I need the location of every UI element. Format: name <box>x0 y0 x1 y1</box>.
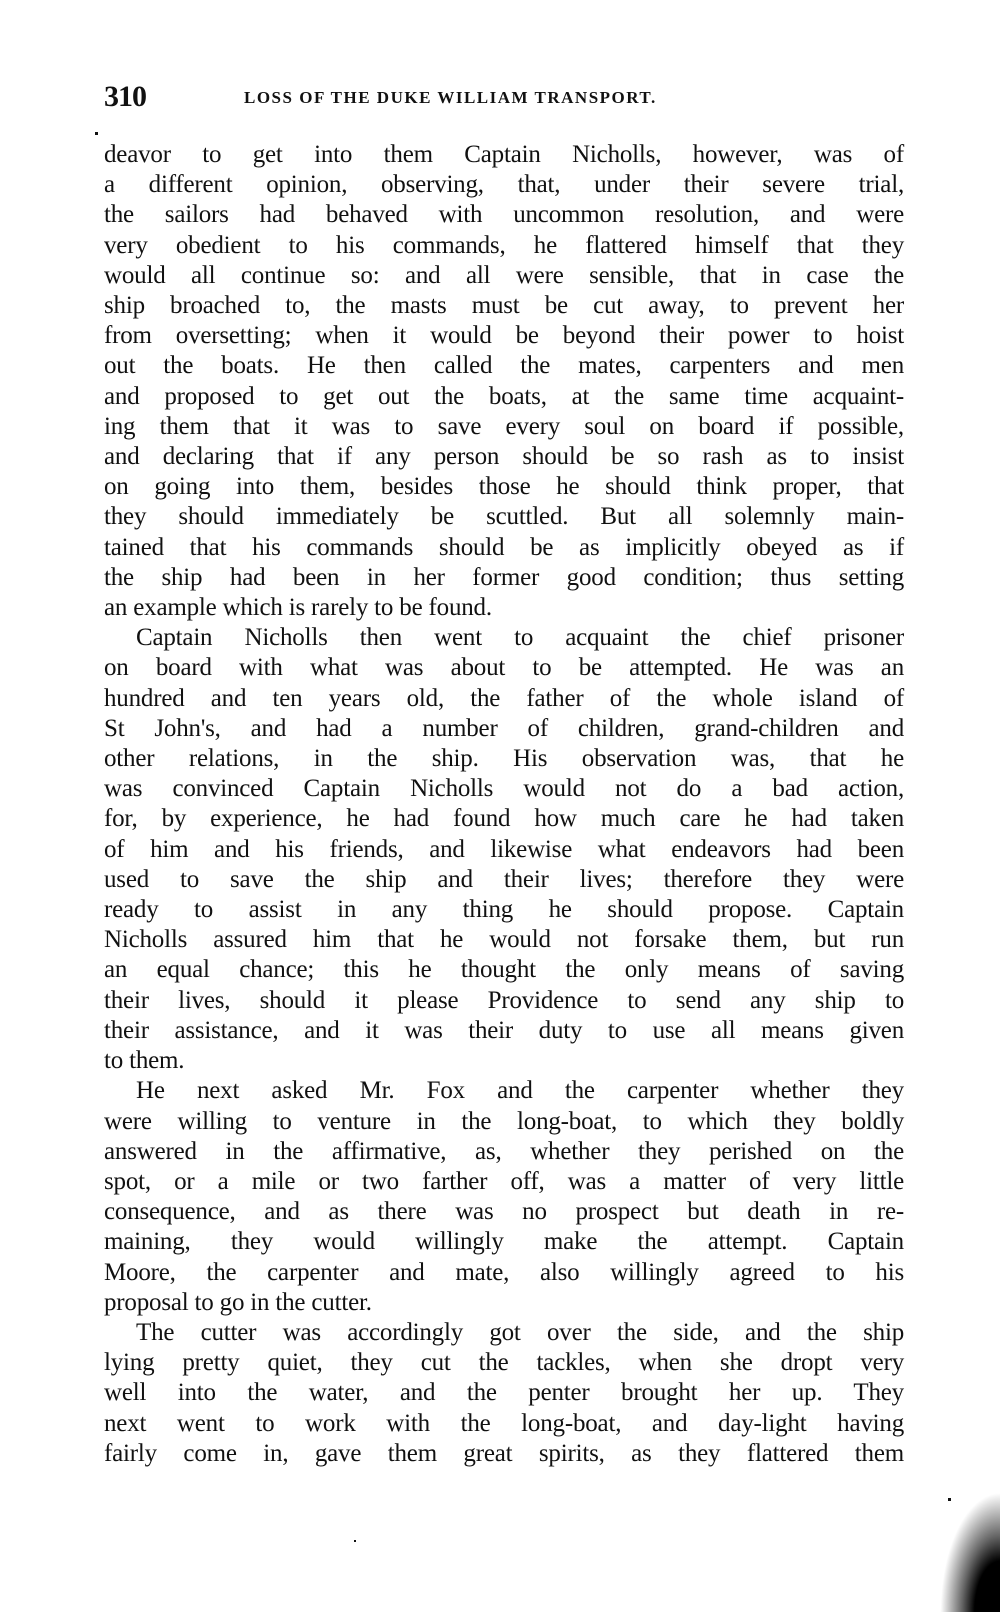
text-line: consequence, and as there was no prospec… <box>104 1197 904 1227</box>
text-line: a different opinion, observing, that, un… <box>104 170 904 200</box>
text-line: tained that his commands should be as im… <box>104 533 904 563</box>
text-line: they should immediately be scuttled. But… <box>104 502 904 532</box>
text-line: He next asked Mr. Fox and the carpenter … <box>104 1076 904 1106</box>
text-line: used to save the ship and their lives; t… <box>104 865 904 895</box>
text-line: for, by experience, he had found how muc… <box>104 804 904 834</box>
text-line: lying pretty quiet, they cut the tackles… <box>104 1348 904 1378</box>
text-line: the ship had been in her former good con… <box>104 563 904 593</box>
text-line: to them. <box>104 1046 904 1076</box>
text-line: ing them that it was to save every soul … <box>104 412 904 442</box>
text-line: proposal to go in the cutter. <box>104 1288 904 1318</box>
text-line: an equal chance; this he thought the onl… <box>104 955 904 985</box>
text-line: well into the water, and the penter brou… <box>104 1378 904 1408</box>
book-page: 310 LOSS OF THE DUKE WILLIAM TRANSPORT. … <box>0 0 1000 1612</box>
text-line: were willing to venture in the long-boat… <box>104 1107 904 1137</box>
text-line: and declaring that if any person should … <box>104 442 904 472</box>
text-line: and proposed to get out the boats, at th… <box>104 382 904 412</box>
page-number: 310 <box>104 80 146 114</box>
text-line: the sailors had behaved with uncommon re… <box>104 200 904 230</box>
text-line: Nicholls assured him that he would not f… <box>104 925 904 955</box>
running-head: LOSS OF THE DUKE WILLIAM TRANSPORT. <box>244 88 657 108</box>
text-line: would all continue so: and all were sens… <box>104 261 904 291</box>
text-line: on going into them, besides those he sho… <box>104 472 904 502</box>
text-line: of him and his friends, and likewise wha… <box>104 835 904 865</box>
text-line: out the boats. He then called the mates,… <box>104 351 904 381</box>
text-line: ready to assist in any thing he should p… <box>104 895 904 925</box>
text-line: answered in the affirmative, as, whether… <box>104 1137 904 1167</box>
text-line: next went to work with the long-boat, an… <box>104 1409 904 1439</box>
text-line: on board with what was about to be attem… <box>104 653 904 683</box>
text-line: The cutter was accordingly got over the … <box>104 1318 904 1348</box>
text-line: spot, or a mile or two farther off, was … <box>104 1167 904 1197</box>
text-line: deavor to get into them Captain Nicholls… <box>104 140 904 170</box>
text-line: an example which is rarely to be found. <box>104 593 904 623</box>
text-line: their lives, should it please Providence… <box>104 986 904 1016</box>
text-line: ship broached to, the masts must be cut … <box>104 291 904 321</box>
text-line: their assistance, and it was their duty … <box>104 1016 904 1046</box>
scan-speck <box>354 1540 356 1542</box>
text-line: Moore, the carpenter and mate, also will… <box>104 1258 904 1288</box>
text-line: was convinced Captain Nicholls would not… <box>104 774 904 804</box>
body-text: deavor to get into them Captain Nicholls… <box>104 140 904 1469</box>
text-line: very obedient to his commands, he flatte… <box>104 231 904 261</box>
text-line: other relations, in the ship. His observ… <box>104 744 904 774</box>
text-line: St John's, and had a number of children,… <box>104 714 904 744</box>
scan-smudge <box>940 1492 1000 1612</box>
text-line: from oversetting; when it would be beyon… <box>104 321 904 351</box>
text-line: fairly come in, gave them great spirits,… <box>104 1439 904 1469</box>
text-line: hundred and ten years old, the father of… <box>104 684 904 714</box>
text-line: maining, they would willingly make the a… <box>104 1227 904 1257</box>
scan-speck <box>95 132 98 135</box>
text-line: Captain Nicholls then went to acquaint t… <box>104 623 904 653</box>
page-header: 310 LOSS OF THE DUKE WILLIAM TRANSPORT. <box>104 80 924 120</box>
